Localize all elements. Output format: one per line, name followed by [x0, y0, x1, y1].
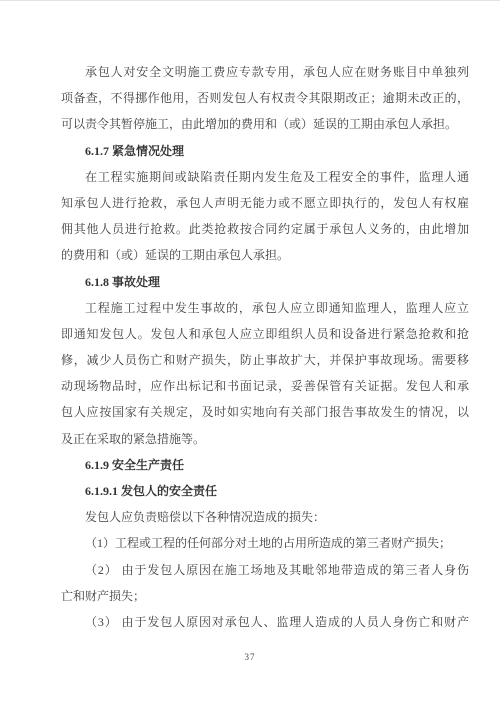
text-line: 的费用和（或）延误的工期由承包人承担。 [61, 242, 469, 268]
document-text-block: 承包人对安全文明施工费应专款专用，承包人应在财务账目中单独列项备查，不得挪作他用… [61, 59, 469, 635]
text-line: 发包人应负责赔偿以下各种情况造成的损失： [61, 504, 469, 530]
text-line: 及正在采取的紧急措施等。 [61, 426, 469, 452]
text-line: 在工程实施期间或缺陷责任期内发生危及工程安全的事件，监理人通 [61, 164, 469, 190]
text-line: 承包人对安全文明施工费应专款专用，承包人应在财务账目中单独列 [61, 59, 469, 85]
page-number: 37 [245, 652, 256, 662]
text-line: 动现场物品时，应作出标记和书面记录，妥善保管有关证据。发包人和承 [61, 373, 469, 399]
text-line: 知承包人进行抢救，承包人声明无能力或不愿立即执行的，发包人有权雇 [61, 190, 469, 216]
text-line: 可以责令其暂停施工，由此增加的费用和（或）延误的工期由承包人承担。 [61, 111, 469, 137]
section-heading: 6.1.7 紧急情况处理 [61, 138, 469, 164]
text-line: 工程施工过程中发生事故的，承包人应立即通知监理人，监理人应立 [61, 295, 469, 321]
section-heading: 6.1.8 事故处理 [61, 269, 469, 295]
text-line: 即通知发包人。发包人和承包人应立即组织人员和设备进行紧急抢救和抢 [61, 321, 469, 347]
text-line: 亡和财产损失； [61, 583, 469, 609]
text-line: （1）工程或工程的任何部分对土地的占用所造成的第三者财产损失； [61, 530, 469, 556]
section-heading: 6.1.9 安全生产责任 [61, 452, 469, 478]
text-line: 修，减少人员伤亡和财产损失，防止事故扩大，并保护事故现场。需要移 [61, 347, 469, 373]
document-page: 承包人对安全文明施工费应专款专用，承包人应在财务账目中单独列项备查，不得挪作他用… [0, 0, 500, 707]
page-footer: 37 [0, 647, 500, 665]
text-line: 佣其他人员进行抢救。此类抢救按合同约定属于承包人义务的，由此增加 [61, 216, 469, 242]
text-line: 包人应按国家有关规定，及时如实地向有关部门报告事故发生的情况，以 [61, 399, 469, 425]
text-line: 项备查，不得挪作他用，否则发包人有权责令其限期改正；逾期未改正的， [61, 85, 469, 111]
text-line: （2） 由于发包人原因在施工场地及其毗邻地带造成的第三者人身伤 [61, 557, 469, 583]
text-line: （3） 由于发包人原因对承包人、监理人造成的人员人身伤亡和财产 [61, 609, 469, 635]
section-heading: 6.1.9.1 发包人的安全责任 [61, 478, 469, 504]
